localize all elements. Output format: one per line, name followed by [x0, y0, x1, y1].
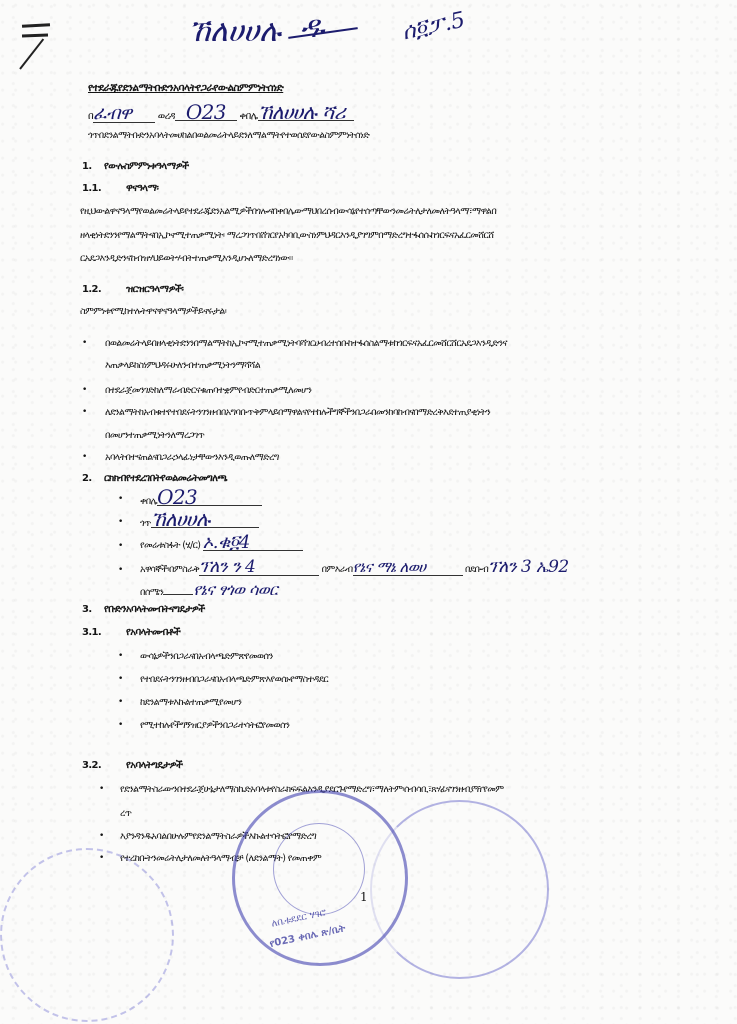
objective-item: ለደንልማትከአብቁተየተበደሩትንገንዘብበአግባቡጥቅምላይበማዋልናየተከ…: [105, 407, 490, 418]
land-area-field: ኦ.ቁ፬4: [203, 535, 303, 551]
kebele-label: ቀበሌ: [240, 111, 258, 122]
location-line: በፈብዋ ወረዳO23 ቀበሌኸለሀሀሉ ሻሪ: [88, 104, 354, 123]
section1-1-title: ዋናዓላማ፡: [126, 183, 158, 194]
land-got-field: ኸለሀሀሉ: [151, 512, 259, 528]
section1-2-number: 1.2.: [82, 284, 101, 295]
woreda-field: O23: [175, 104, 237, 121]
stamp-center: ለቤቱደደር ሃገሮ የ023 ቀበሌ ጽ/ቤት: [232, 790, 408, 966]
bullet-dot: •: [118, 565, 123, 575]
bullet-dot: •: [118, 697, 123, 707]
objectives-lead: ስምምነቱየሚከተሉትዋናዋናዓላማዎችይኖሩታል፡: [80, 306, 226, 317]
land-got-row: ጎጥኸለሀሀሉ: [140, 512, 259, 529]
handwritten-top-name: ኸለሀሀሉ: [188, 14, 281, 49]
section1-1-number: 1.1.: [82, 183, 101, 194]
section3-number: 3.: [82, 604, 92, 615]
border-east-field: ፕለን ን 4: [199, 560, 319, 576]
land-borders-row: አዋሳኞች፡በምስራቅፕለን ን 4 በምእራብየኔና ማኔ ለወሀ በደቡብፕ…: [140, 557, 569, 577]
handwritten-top-strike: ዱ: [300, 10, 324, 45]
section1-2-title: ዝርዝርዓላማዎች፡: [126, 284, 183, 295]
border-east-value: ፕለን ን 4: [199, 557, 255, 577]
objective-item: በተደራጀመንገድከለማራብድርናቁጠባተቋምየብድርተጠቃሚለመሆን: [105, 385, 311, 396]
section2-number: 2.: [82, 473, 92, 484]
handwritten-top-date: ሰ፬ፓ.5: [400, 8, 467, 46]
bullet-dot: •: [99, 831, 104, 841]
bullet-dot: •: [118, 541, 123, 551]
bullet-dot: •: [99, 784, 104, 794]
bullet-dot: •: [118, 494, 123, 504]
land-kebele-label: ቀበሌ: [140, 496, 157, 507]
section2-title: ርክክብየተደረገበትየወልመሬትመግለጫ: [104, 473, 227, 484]
bullet-dot: •: [82, 338, 87, 348]
section3-1-title: የአባላትመብቶች: [126, 627, 180, 638]
land-got-label: ጎጥ: [140, 518, 151, 529]
land-kebele-value: O23: [157, 485, 197, 509]
stamp-text-1: ለቤቱደደር ሃገሮ: [270, 907, 327, 929]
margin-mark: [18, 18, 58, 78]
bullet-dot: •: [82, 385, 87, 395]
border-west-label: በምእራብ: [322, 564, 353, 575]
section1-title: የውሉስምምነቱዓላማዎች: [104, 161, 189, 172]
border-west-value: የኔና ማኔ ለወሀ: [353, 558, 426, 576]
duty-item: የተረከቡትንመሬትለታለመለትዓላማብቻ (ለደንልማት) የመጠቀም: [120, 853, 321, 864]
right-item: ውሳኔዎችንበጋራናበአብላጫድምጽየመወሰን: [140, 651, 273, 662]
page-number: 1: [360, 890, 368, 904]
purpose-paragraph-line: ዘላቂነትደንንየማልማትናበኢኮኖሚተጠቃሚነት፡ ማረጋገጥበሸገርየአካባ…: [80, 230, 494, 241]
duty-item-cont: ረጥ: [120, 808, 131, 819]
bullet-dot: •: [99, 853, 104, 863]
objective-item-cont: እጠቃላይከስነምህዳሩሁለንብተጠቃሚነትንማሻሻል: [105, 360, 260, 371]
purpose-paragraph-line: ርአደጋእንዲድንናከብዝሃህይወትሃብትተጠቃሚእንዲሆኑለማድረግነው።: [80, 253, 293, 264]
document-title: የተደራጁየደንልማትቡድንአባላትየጋራየውልስምምነትሰነድ: [88, 82, 283, 95]
duty-item: የደንልማትስራውንበተደራጀሁኔታለማስኬድአባላቱየስራክፍፍልእንዲያደር…: [120, 784, 504, 795]
paper-texture: [0, 0, 737, 1024]
woreda-value: O23: [186, 100, 226, 124]
land-north-row: በሰሜንየኔና ፃጎወ ሳወር: [140, 580, 277, 600]
bullet-dot: •: [82, 452, 87, 462]
zone-field: ፈብዋ: [93, 106, 155, 123]
purpose-paragraph-line: የዚህውልዋናዓላማየወልመሬትላይየተደራጁደንአልሚዎችበጎሎናበቀበሌውማ…: [80, 206, 496, 217]
north-dash: [163, 594, 193, 595]
section1-number: 1.: [82, 161, 92, 172]
stamp-right: [370, 800, 549, 979]
section3-2-title: የአባላትግዴታዎች: [126, 760, 182, 771]
border-west-field: የኔና ማኔ ለወሀ: [353, 560, 463, 576]
woreda-label: ወረዳ: [158, 111, 175, 122]
land-area-value: ኦ.ቁ፬4: [203, 532, 250, 553]
kebele-field: ኸለሀሀሉ ሻሪ: [258, 104, 354, 121]
land-kebele-row: ቀበሌO23: [140, 490, 262, 507]
objective-item: በወልመሬትላይበዘላቂነትደንንበማልማትከኢኮኖሚተጠቃሚነትባሻገርሀብረ…: [105, 338, 507, 349]
border-north-value: የኔና ፃጎወ ሳወር: [193, 580, 277, 599]
bullet-dot: •: [82, 407, 87, 417]
land-kebele-field: O23: [157, 490, 262, 506]
intro-line: ጎጥበደንልማትቡድንአባላትመሀከልበወልመሬትላይደንለማልማትየተወሰደየ…: [88, 130, 369, 141]
border-south-value: ፕለን 3 ኤ92: [488, 557, 568, 577]
stamp-left-faint: [0, 848, 174, 1022]
border-east-label: አዋሳኞች፡በምስራቅ: [140, 564, 199, 575]
land-got-value: ኸለሀሀሉ: [151, 507, 210, 531]
border-south-label: በደቡብ: [465, 564, 488, 575]
section3-1-number: 3.1.: [82, 627, 101, 638]
objective-item: አባላትበተናጠልናበጋራኃላፊነታቸውንእንዲወጡለማድረግ: [105, 452, 279, 463]
right-item: የሚተከሉየችግኝዝርያዎችንበጋራተሳትፎየመወሰን: [140, 720, 289, 731]
land-area-label: የመሬቱስፋት (ሄ/ር): [140, 540, 200, 551]
land-area-row: የመሬቱስፋት (ሄ/ር) ኦ.ቁ፬4: [140, 535, 303, 551]
objective-item-cont: በመሆንተጠቃሚነትንለማረጋገጥ: [105, 430, 204, 441]
border-north-label: በሰሜን: [140, 587, 163, 598]
struck-signature: ዱ: [300, 10, 324, 45]
right-item: የተበደሩትንገንዘብበጋራናበአብላጫድምጽእየወሰኑየማስተዳደር: [140, 674, 328, 685]
section3-title: የቡድንአባላትመብትናግዴታዎች: [104, 604, 205, 615]
bullet-dot: •: [118, 517, 123, 527]
stamp-text-2: የ023 ቀበሌ ጽ/ቤት: [269, 923, 347, 950]
duty-item: እያንዳንዱአባልበሁሉምየደንልማትስራዎችእኩልተሳትፎየማድረግ: [120, 831, 316, 842]
zone-value: ፈብዋ: [93, 103, 131, 124]
bullet-dot: •: [118, 720, 123, 730]
right-item: ከደንልማቱእኩልተጠቃሚየመሆን: [140, 697, 241, 708]
bullet-dot: •: [118, 651, 123, 661]
section3-2-number: 3.2.: [82, 760, 101, 771]
kebele-value: ኸለሀሀሉ ሻሪ: [258, 100, 346, 124]
bullet-dot: •: [118, 674, 123, 684]
